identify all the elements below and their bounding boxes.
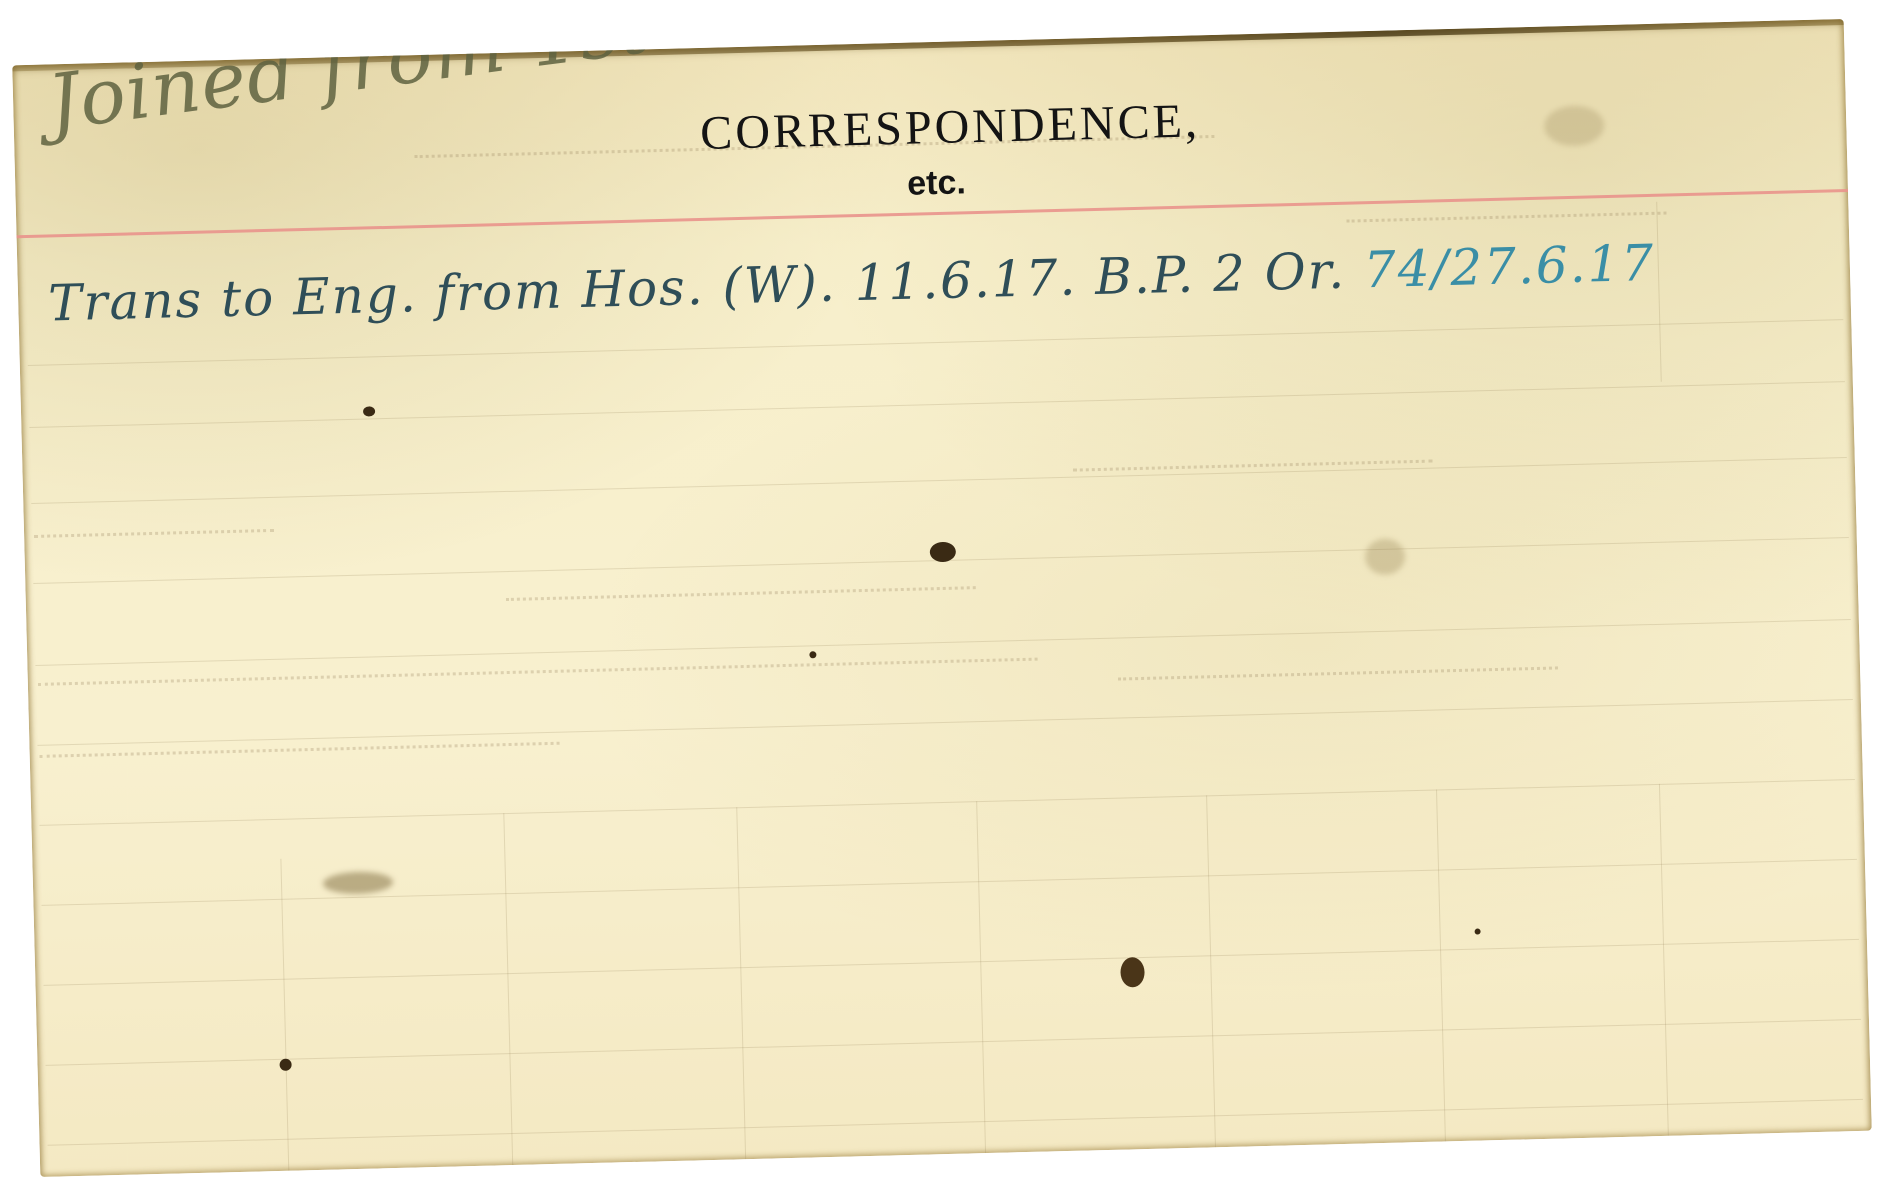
column-divider (280, 859, 289, 1171)
dotted-line (40, 742, 560, 758)
column-divider (1206, 795, 1216, 1147)
ruled-line (31, 457, 1846, 504)
column-divider (1656, 202, 1662, 382)
ink-spot (809, 651, 816, 658)
ruled-line (46, 1019, 1861, 1066)
column-divider (736, 807, 746, 1159)
ink-spot (1475, 928, 1481, 934)
ruled-line (39, 779, 1854, 826)
ruled-line (48, 1099, 1863, 1146)
column-divider (1659, 784, 1669, 1136)
ruled-line (37, 699, 1852, 746)
ink-spot (1120, 957, 1145, 988)
column-divider (503, 813, 513, 1165)
ruled-line (35, 619, 1850, 666)
column-divider (1436, 790, 1446, 1142)
dotted-line (1118, 666, 1558, 680)
ink-spot (363, 406, 375, 416)
transfer-note-text: Trans to Eng. from Hos. (W). 11.6.17. B.… (48, 242, 1347, 333)
column-divider (976, 801, 986, 1153)
dotted-line (506, 586, 976, 601)
smudge (1365, 538, 1406, 575)
ruled-line (41, 859, 1856, 906)
transfer-note-reference: 74/27.6.17 (1363, 234, 1656, 299)
ruled-line (29, 381, 1844, 428)
dotted-line (1347, 212, 1667, 223)
handwritten-note-transfer: Trans to Eng. from Hos. (W). 11.6.17. B.… (48, 234, 1656, 333)
ruled-line (44, 939, 1859, 986)
smudge (1544, 105, 1605, 147)
ink-spot (279, 1059, 291, 1071)
dotted-line (34, 529, 274, 538)
smudge (323, 871, 394, 895)
correspondence-record-card: CORRESPONDENCE, etc. Joined from 1st Ent… (12, 19, 1872, 1177)
